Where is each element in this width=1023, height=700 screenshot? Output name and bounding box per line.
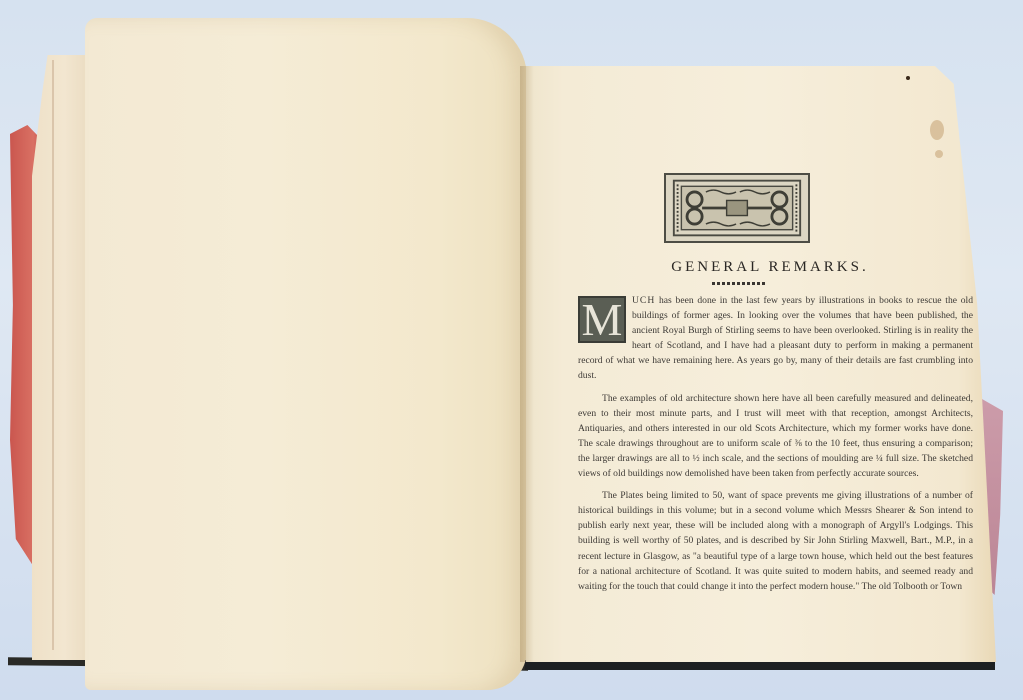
page-heading: GENERAL REMARKS. <box>570 259 970 276</box>
foxing-stain <box>935 150 943 158</box>
ornamental-headpiece-icon <box>664 173 810 243</box>
paragraph-2: The examples of old architecture shown h… <box>578 391 973 482</box>
lead-in: UCH <box>632 295 655 306</box>
paragraph-3: The Plates being limited to 50, want of … <box>578 488 973 594</box>
drop-cap-initial: M <box>578 296 626 343</box>
paper-blemish <box>906 76 910 80</box>
photo-scene: GENERAL REMARKS. MUCH has been done in t… <box>0 0 1023 700</box>
page-edge-line <box>52 60 54 650</box>
left-page-blank <box>85 18 527 690</box>
scroll-ornament-icon <box>666 175 808 241</box>
paragraph-1: MUCH has been done in the last few years… <box>578 293 973 384</box>
paragraph-text: has been done in the last few years by i… <box>578 295 973 381</box>
body-text: MUCH has been done in the last few years… <box>578 293 973 601</box>
foxing-stain <box>930 120 944 140</box>
decorative-rule <box>712 282 766 285</box>
gutter-shadow <box>520 66 534 662</box>
